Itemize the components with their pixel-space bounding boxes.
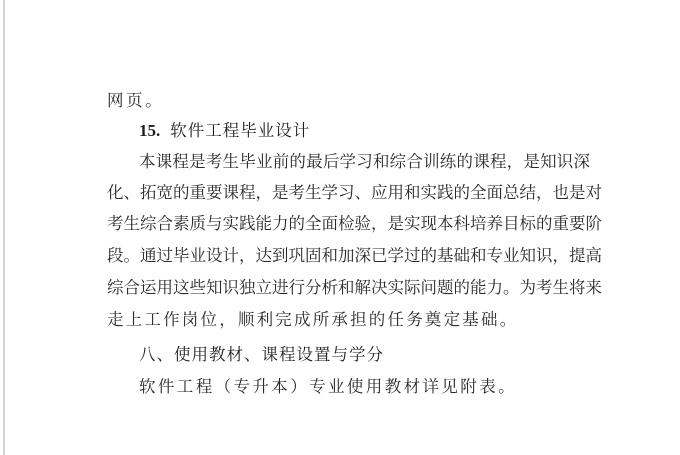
paragraph-line: 化、拓宽的重要课程，是考生学习、应用和实践的全面总结，也是对: [107, 183, 590, 203]
section-number: 15.: [139, 121, 160, 140]
paragraph-line: 综合运用这些知识独立进行分析和解决实际问题的能力。为考生将来: [107, 278, 590, 298]
paragraph-line: 考生综合素质与实践能力的全面检验，是实现本科培养目标的重要阶: [107, 214, 590, 234]
section-8-heading: 八、使用教材、课程设置与学分: [139, 345, 384, 365]
paragraph-line: 走上工作岗位，顺利完成所承担的任务奠定基础。: [107, 310, 518, 330]
page-edge-line: [3, 0, 5, 455]
section-15-heading: 15.软件工程毕业设计: [139, 121, 310, 141]
paragraph-line: 本课程是考生毕业前的最后学习和综合训练的课程，是知识深: [139, 152, 590, 172]
continuation-text: 网页。: [107, 91, 164, 111]
section-title: 软件工程毕业设计: [170, 121, 310, 140]
section-8-text: 软件工程（专升本）专业使用教材详见附表。: [139, 377, 517, 397]
paragraph-line: 段。通过毕业设计，达到巩固和加深已学过的基础和专业知识，提高: [107, 246, 590, 266]
